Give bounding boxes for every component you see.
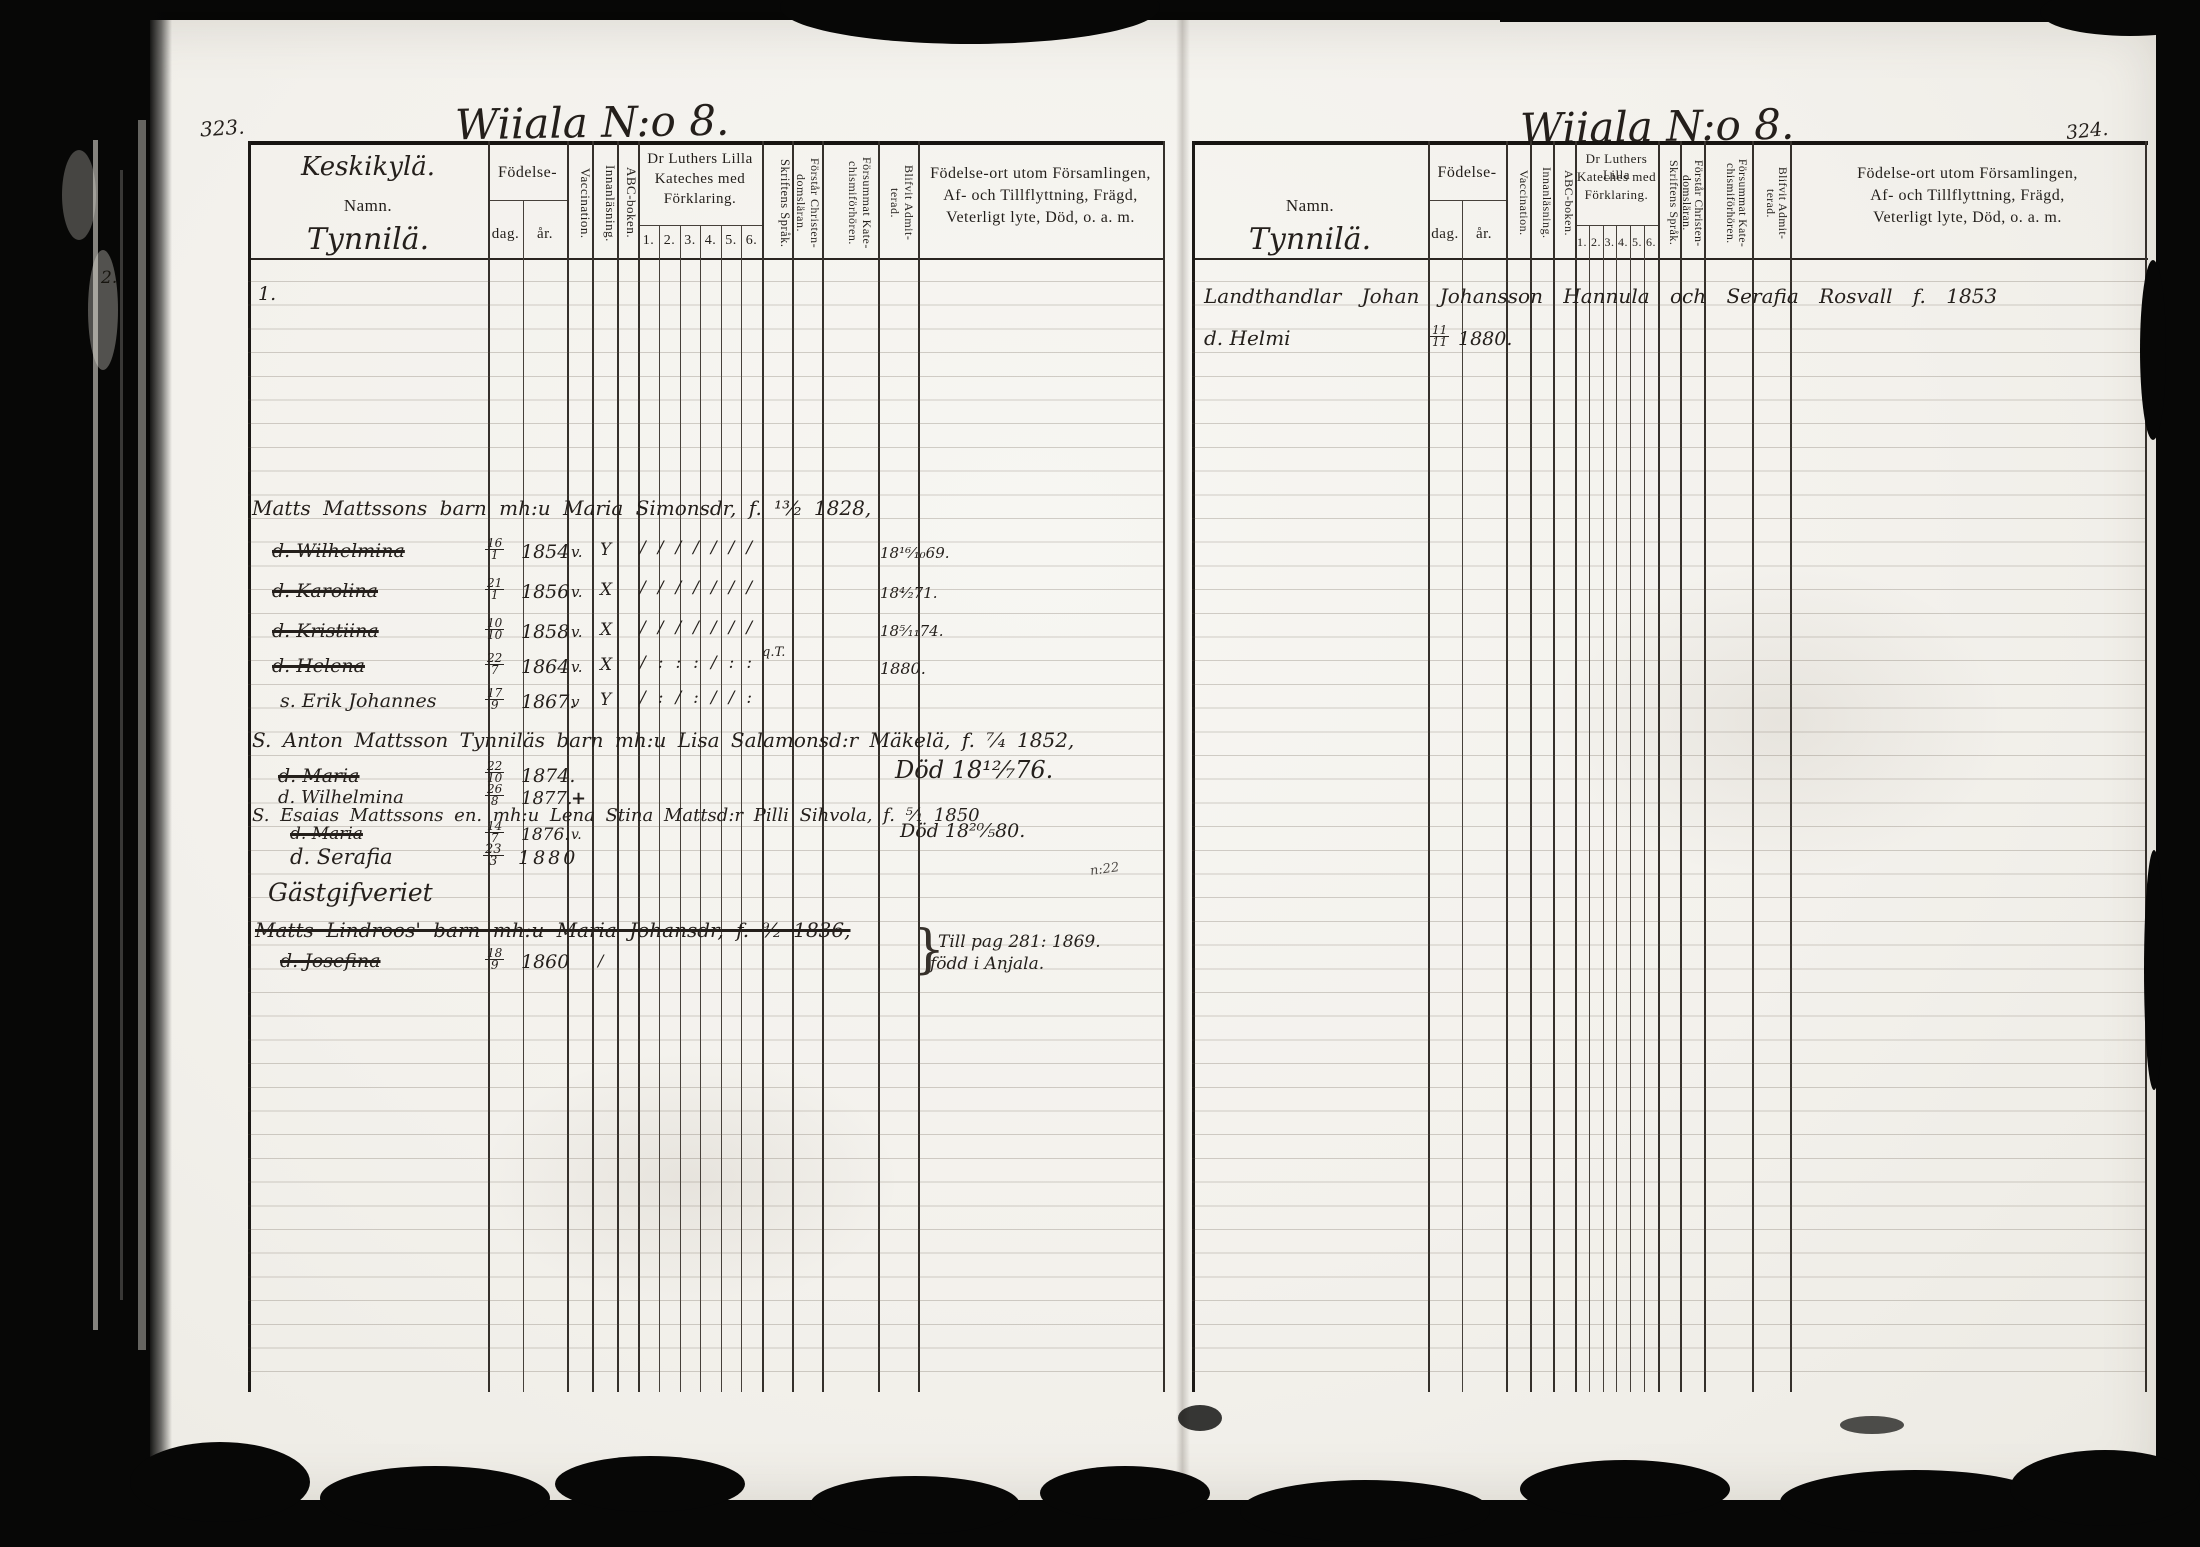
family-header: Matts Mattssons barn mh:u Maria Simonsdr… — [252, 496, 871, 520]
birth-year: 1867. — [521, 691, 575, 713]
kateches-sub-6: 6. — [741, 233, 762, 249]
column-header-blifvit-line2: terad. — [888, 188, 902, 218]
column-header-forsummat-line1: Försummat Kate- — [1736, 159, 1748, 247]
column-header-fodelseort-line1: Födelse-ort utom Församlingen, — [918, 165, 1163, 183]
birth-day: 2210 — [485, 761, 504, 784]
column-header-dag: dag. — [488, 226, 523, 243]
death-note: Död 18¹²⁄₇76. — [895, 756, 1053, 784]
column-header-abc-boken: ABC-boken. — [617, 150, 638, 256]
vaccination-mark: v. — [571, 583, 582, 601]
column-header-abc-boken-label: ABC-boken. — [624, 167, 638, 238]
birth-day-bottom: 9 — [491, 700, 499, 711]
reading-mark: Y — [600, 690, 611, 710]
moved-note-line1: Till pag 281: 1869. — [938, 932, 1101, 952]
person-name: d. Wilhelmina — [272, 540, 405, 562]
header-bottom-border — [248, 258, 1165, 260]
binding-highlight — [62, 150, 96, 240]
binding-streak — [120, 170, 123, 1300]
column-header-fodelseort-line2: Af- och Tillflyttning, Frägd, — [1790, 187, 2145, 205]
column-header-forsummat-line2: chismiförhören. — [846, 161, 860, 245]
scan-blot — [555, 1456, 745, 1512]
column-header-forstar-line1: Förstår Christen- — [1692, 160, 1704, 247]
column-header-blifvit: Blifvit Admit-terad. — [880, 150, 916, 256]
vaccination-mark: v — [571, 693, 579, 711]
binding-shadow-fade — [148, 0, 172, 1547]
birth-year: 1858 — [521, 621, 569, 643]
scan-edge-right — [2156, 0, 2200, 1547]
column-header-namn: Namn. — [1192, 196, 1428, 216]
scan-blot — [1780, 1470, 2050, 1534]
column-header-ar: år. — [523, 226, 567, 243]
birth-day-bottom: 9 — [491, 960, 499, 971]
column-header-skriftens-label: Skriftens Språk. — [1668, 160, 1680, 245]
column-header-forstar-line2: domsläran. — [1680, 175, 1692, 231]
fodelse-split-line — [488, 200, 567, 201]
vaccination-mark: v. — [571, 543, 582, 561]
column-header-skriftens: Skriftens Språk. — [762, 150, 792, 256]
column-header-fodelseort-line3: Veterligt lyte, Död, o. a. m. — [1790, 209, 2145, 227]
column-header-kateches-line3: Förklaring. — [1575, 187, 1658, 203]
column-header-forstar-line2: domsläran. — [794, 174, 808, 232]
birth-year: 1880 — [518, 847, 578, 869]
person-name: d. Josefina — [280, 950, 381, 972]
column-header-dag: dag. — [1428, 226, 1462, 243]
column-header-forstar-line1: Förstår Christen- — [808, 158, 822, 248]
row-guide-lines — [248, 281, 1163, 1393]
column-header-kateches-line3: Förklaring. — [638, 191, 762, 208]
birth-day: 268 — [485, 784, 504, 807]
column-header-forsummat: Försummat Kate-chismiförhören. — [826, 150, 874, 256]
row-mark: 1. — [258, 283, 276, 305]
column-header-forsummat: Försummat Kate-chismiförhören. — [1708, 150, 1748, 256]
column-header-kateches-line2: Kateches med — [1575, 169, 1658, 185]
moved-note-line2: född i Anjala. — [930, 954, 1044, 974]
birth-day: 147 — [485, 821, 504, 844]
column-header-abc-boken: ABC-boken. — [1553, 150, 1575, 256]
column-header-fodelse: Födelse- — [1428, 164, 1506, 182]
column-header-vaccination-label: Vaccination. — [1518, 170, 1530, 236]
person-name: d. Maria — [290, 824, 363, 844]
kateches-sub-3: 3. — [680, 233, 700, 249]
family-header: S. Anton Mattsson Tynniläs barn mh:u Lis… — [252, 728, 1074, 752]
column-header-kateches-line2: Kateches med — [638, 171, 762, 188]
column-header-skriftens: Skriftens Språk. — [1658, 150, 1680, 256]
catechism-ticks: /:::/:: — [640, 653, 764, 673]
column-header-vaccination-label: Vaccination. — [578, 168, 592, 239]
catechism-ticks: /////// — [640, 538, 764, 558]
scanned-parish-register-spread: 323. Wiiala N:o 8. Keskikylä. Namn. Tynn… — [0, 0, 2200, 1547]
section-label: Gästgifveriet — [268, 878, 433, 907]
birth-day: 179 — [485, 688, 504, 711]
column-header-ar: år. — [1462, 226, 1506, 243]
vaccination-mark: v. — [571, 827, 582, 843]
column-header-forstar: Förstår Christen-domsläran. — [792, 150, 822, 256]
hamlet-name-hand: Tynnilä. — [248, 222, 488, 257]
birth-day: 233 — [483, 844, 504, 867]
person-name: d. Serafia — [290, 845, 393, 869]
admitted-year: 1880. — [880, 659, 926, 678]
person-name: d. Helmi — [1204, 326, 1291, 350]
table-top-border — [1192, 141, 2148, 145]
birth-day-bottom: 10 — [487, 630, 502, 641]
grid-vline — [1163, 141, 1165, 1392]
kateches-sub-2: 2. — [1589, 235, 1603, 250]
kateches-sub-3: 3. — [1603, 235, 1616, 250]
birth-day-bottom: 1 — [491, 590, 499, 601]
column-header-blifvit-line1: Blifvit Admit- — [902, 165, 916, 240]
scan-blot — [1040, 1466, 1210, 1520]
birth-year: 1876. — [521, 825, 570, 845]
reading-mark: X — [600, 655, 612, 675]
kateches-sub-2: 2. — [659, 233, 680, 249]
birth-day-bottom: 3 — [489, 856, 497, 867]
vaccination-mark: v. — [571, 623, 582, 641]
page-fold-shadow — [1176, 20, 1190, 1502]
column-header-fodelseort-line2: Af- och Tillflyttning, Frägd, — [918, 187, 1163, 205]
birth-day-bottom: 7 — [491, 665, 499, 676]
birth-year: 1860 — [521, 951, 569, 973]
kateches-sub-4: 4. — [700, 233, 721, 249]
birth-year: 1854 — [521, 541, 569, 563]
scan-blot — [320, 1466, 550, 1530]
left-page-number: 323. — [199, 114, 245, 141]
reading-mark: Y — [600, 540, 611, 560]
column-header-innanlasning: Innanläsning. — [592, 150, 617, 256]
row-guide-lines — [1192, 281, 2145, 1393]
birth-day: 189 — [485, 948, 504, 971]
family-header: S. Esaias Mattssons en. mh:u Lena Stina … — [252, 805, 980, 826]
column-header-innanlasning-label: Innanläsning. — [1541, 167, 1553, 239]
person-name: d. Helena — [272, 655, 365, 677]
person-name: d. Kristiina — [272, 620, 379, 642]
column-header-kateches-line1: Dr Luthers Lilla — [638, 151, 762, 168]
birth-year: 1880. — [1458, 328, 1512, 350]
margin-annotation: q.T. — [762, 645, 785, 660]
birth-year: 1874. — [521, 765, 575, 787]
admitted-year: 18¹⁶⁄₁₀69. — [880, 544, 950, 562]
birth-year: 1864 — [521, 656, 569, 678]
kateches-sub-1: 1. — [638, 233, 659, 249]
scan-blot — [1520, 1460, 1730, 1518]
vaccination-mark: / — [598, 951, 603, 970]
scan-blot — [2010, 1450, 2200, 1526]
column-header-abc-boken-label: ABC-boken. — [1563, 170, 1575, 236]
column-header-innanlasning: Innanläsning. — [1530, 150, 1553, 256]
column-header-namn: Namn. — [248, 196, 488, 216]
column-header-forstar: Förstår Christen-domsläran. — [1680, 150, 1704, 256]
kateches-sub-5: 5. — [1630, 235, 1644, 250]
column-header-blifvit-line1: Blifvit Admit- — [1776, 167, 1788, 240]
vaccination-mark: v. — [571, 658, 582, 676]
village-name-hand: Keskikylä. — [248, 152, 488, 182]
birth-day-bottom: 1 — [491, 550, 499, 561]
birth-day: 1010 — [485, 618, 504, 641]
person-name: d. Karolina — [272, 580, 378, 602]
kateches-sub-5: 5. — [721, 233, 741, 249]
kateches-sub-6: 6. — [1644, 235, 1658, 250]
table-top-border — [248, 141, 1165, 145]
margin-number: 2. — [101, 268, 117, 288]
column-header-blifvit: Blifvit Admit-terad. — [1754, 150, 1788, 256]
scan-blot — [130, 1442, 310, 1522]
column-header-blifvit-line2: terad. — [1764, 189, 1776, 218]
column-header-skriftens-label: Skriftens Språk. — [778, 159, 792, 248]
reading-mark: X — [600, 580, 612, 600]
birth-day: 211 — [485, 578, 504, 601]
fodelse-split-line — [1428, 200, 1506, 201]
death-note: Död 18²⁰⁄₅80. — [900, 820, 1025, 842]
catechism-ticks: /////// — [640, 578, 764, 598]
scan-blot — [2140, 260, 2166, 440]
person-name: d. Maria — [278, 765, 360, 787]
kateches-sub-4: 4. — [1616, 235, 1630, 250]
column-header-fodelse: Födelse- — [488, 164, 567, 182]
scan-blot — [2144, 850, 2164, 1090]
catechism-ticks: /////// — [640, 618, 764, 638]
hamlet-name-hand: Tynnilä. — [1192, 222, 1428, 257]
scan-blot — [810, 1476, 1020, 1534]
admitted-year: 18⁵⁄₁₁74. — [880, 622, 944, 640]
family-header: Landthandlar Johan Johansson Hannula och… — [1204, 284, 1997, 308]
birth-day-bottom: 11 — [1432, 337, 1447, 348]
kateches-sub-1: 1. — [1575, 235, 1589, 250]
column-header-forsummat-line2: chismiförhören. — [1724, 163, 1736, 244]
birth-day: 227 — [485, 653, 504, 676]
column-header-vaccination: Vaccination. — [567, 150, 592, 256]
birth-day: 1111 — [1430, 325, 1449, 348]
binding-streak — [138, 120, 146, 1350]
scan-smudge — [1840, 1416, 1904, 1434]
catechism-ticks: /:/://: — [640, 688, 764, 708]
birth-year: 1856 — [521, 581, 569, 603]
birth-day: 161 — [485, 538, 504, 561]
column-header-fodelseort-line1: Födelse-ort utom Församlingen, — [1790, 165, 2145, 183]
scan-blot — [1240, 1480, 1490, 1542]
column-header-fodelseort-line3: Veterligt lyte, Död, o. a. m. — [918, 209, 1163, 227]
person-name: s. Erik Johannes — [280, 690, 437, 712]
column-header-vaccination: Vaccination. — [1506, 150, 1530, 256]
reading-mark: X — [600, 620, 612, 640]
column-header-forsummat-line1: Försummat Kate- — [860, 157, 874, 249]
admitted-year: 18⁴⁄₂71. — [880, 584, 937, 602]
header-bottom-border — [1192, 258, 2148, 260]
scan-smudge — [1178, 1405, 1222, 1431]
column-header-innanlasning-label: Innanläsning. — [603, 165, 617, 242]
family-header-struck: Matts Lindroos' barn mh:u Maria Johansdr… — [255, 918, 851, 942]
